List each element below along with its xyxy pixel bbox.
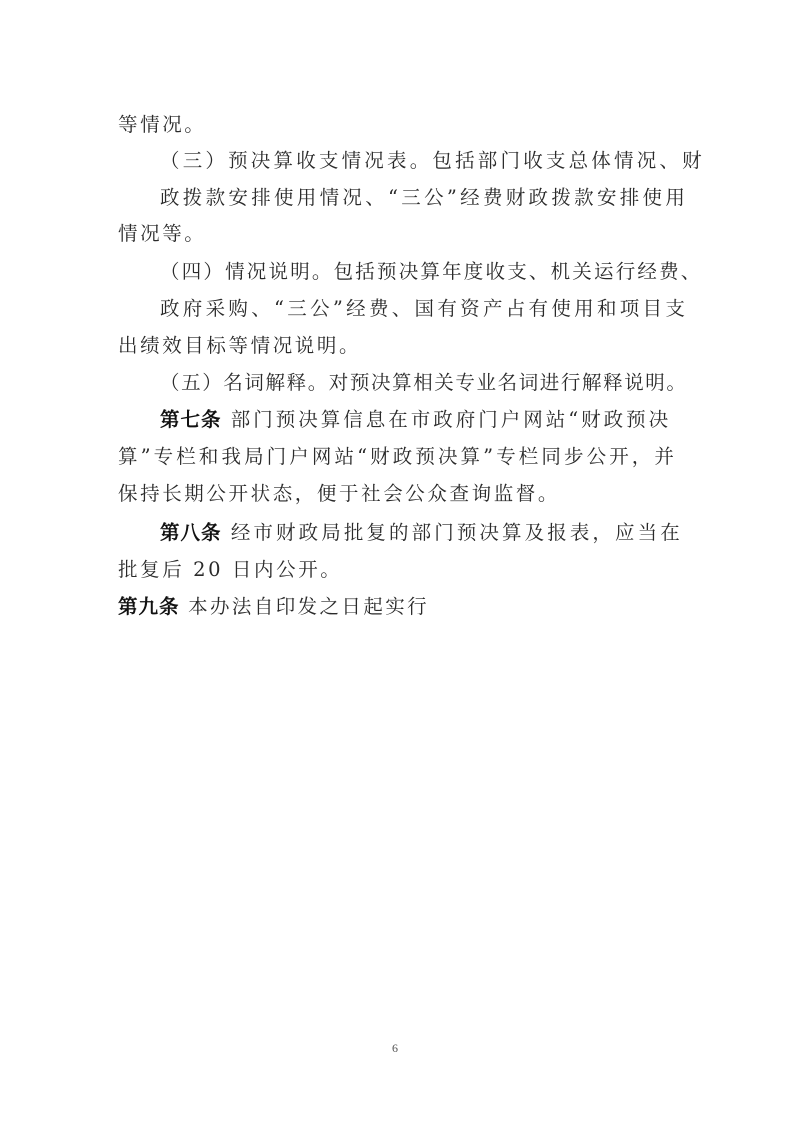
article-8-line-1: 第八条 经市财政局批复的部门预决算及报表，应当在	[160, 521, 683, 545]
article-7-line-1: 第七条 部门预决算信息在市政府门户网站“财政预决	[160, 408, 671, 432]
text-line-13: 批复后 20 日内公开。	[118, 558, 342, 582]
text-line-8: （五）名词解释。对预决算相关专业名词进行解释说明。	[160, 371, 688, 395]
text-line-3: 政拨款安排使用情况、“三公”经费财政拨款安排使用	[160, 186, 688, 210]
article-9-line-1: 第九条 本办法自印发之日起实行	[118, 595, 429, 619]
article-7-text: 部门预决算信息在市政府门户网站“财政预决	[222, 408, 672, 431]
page-number: 6	[392, 1041, 398, 1056]
article-9-label: 第九条	[118, 595, 180, 618]
text-line-10: 算”专栏和我局门户网站“财政预决算”专栏同步公开，并	[118, 445, 677, 469]
text-line-7: 出绩效目标等情况说明。	[118, 334, 361, 358]
text-line-2: （三）预决算收支情况表。包括部门收支总体情况、财	[160, 149, 705, 173]
text-line-6: 政府采购、“三公”经费、国有资产占有使用和项目支	[160, 297, 688, 321]
text-line-11: 保持长期公开状态，便于社会公众查询监督。	[118, 482, 560, 506]
article-8-label: 第八条	[160, 521, 222, 544]
text-line-5: （四）情况说明。包括预决算年度收支、机关运行经费、	[160, 260, 703, 284]
text-line-1: 等情况。	[118, 113, 206, 137]
article-7-label: 第七条	[160, 408, 222, 431]
text-line-4: 情况等。	[118, 222, 206, 246]
article-9-text: 本办法自印发之日起实行	[180, 595, 430, 618]
document-page: 等情况。 （三）预决算收支情况表。包括部门收支总体情况、财 政拨款安排使用情况、…	[0, 0, 793, 1121]
article-8-text: 经市财政局批复的部门预决算及报表，应当在	[222, 521, 683, 544]
